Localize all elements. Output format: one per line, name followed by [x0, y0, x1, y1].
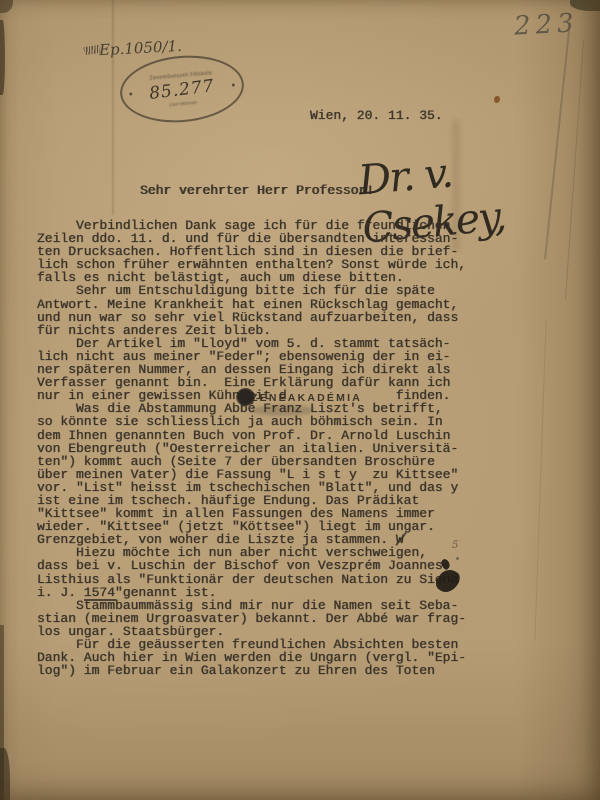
page-number-annotation: 223 [513, 8, 579, 41]
margin-pencil-mark: 5 [452, 540, 458, 551]
scanned-letter-page: 223 Ep.1050/1. Zeneművészeti Főiskola 85… [0, 0, 600, 800]
paper-crease [112, 0, 114, 215]
letter-date: Wien, 20. 11. 35. [310, 109, 443, 122]
stamp-smudge [250, 405, 314, 416]
letter-salutation: Sehr verehrter Herr Professor! [140, 184, 374, 197]
paper-edge-mark [0, 20, 5, 95]
stamp-dot [232, 83, 235, 86]
rust-spot [494, 96, 500, 103]
margin-pencil-dot [456, 557, 459, 560]
archive-reference-annotation: Ep.1050/1. [99, 37, 183, 59]
letter-body: Verbindlichen Dank sage ich für die freu… [37, 219, 466, 677]
typed-underline [84, 599, 116, 601]
ink-blot-small [236, 388, 255, 406]
paper-edge-mark [0, 748, 10, 800]
stamp-bottom-text: Liszt Múzeum [169, 99, 197, 106]
stamp-dot [129, 92, 132, 95]
zeneakademia-stamp: ZENEAKADÉMIA [251, 392, 362, 404]
library-oval-stamp: Zeneművészeti Főiskola 85.277 Liszt Múze… [117, 51, 246, 128]
paper-edge-mark [0, 0, 13, 13]
paper-crease [534, 320, 546, 640]
